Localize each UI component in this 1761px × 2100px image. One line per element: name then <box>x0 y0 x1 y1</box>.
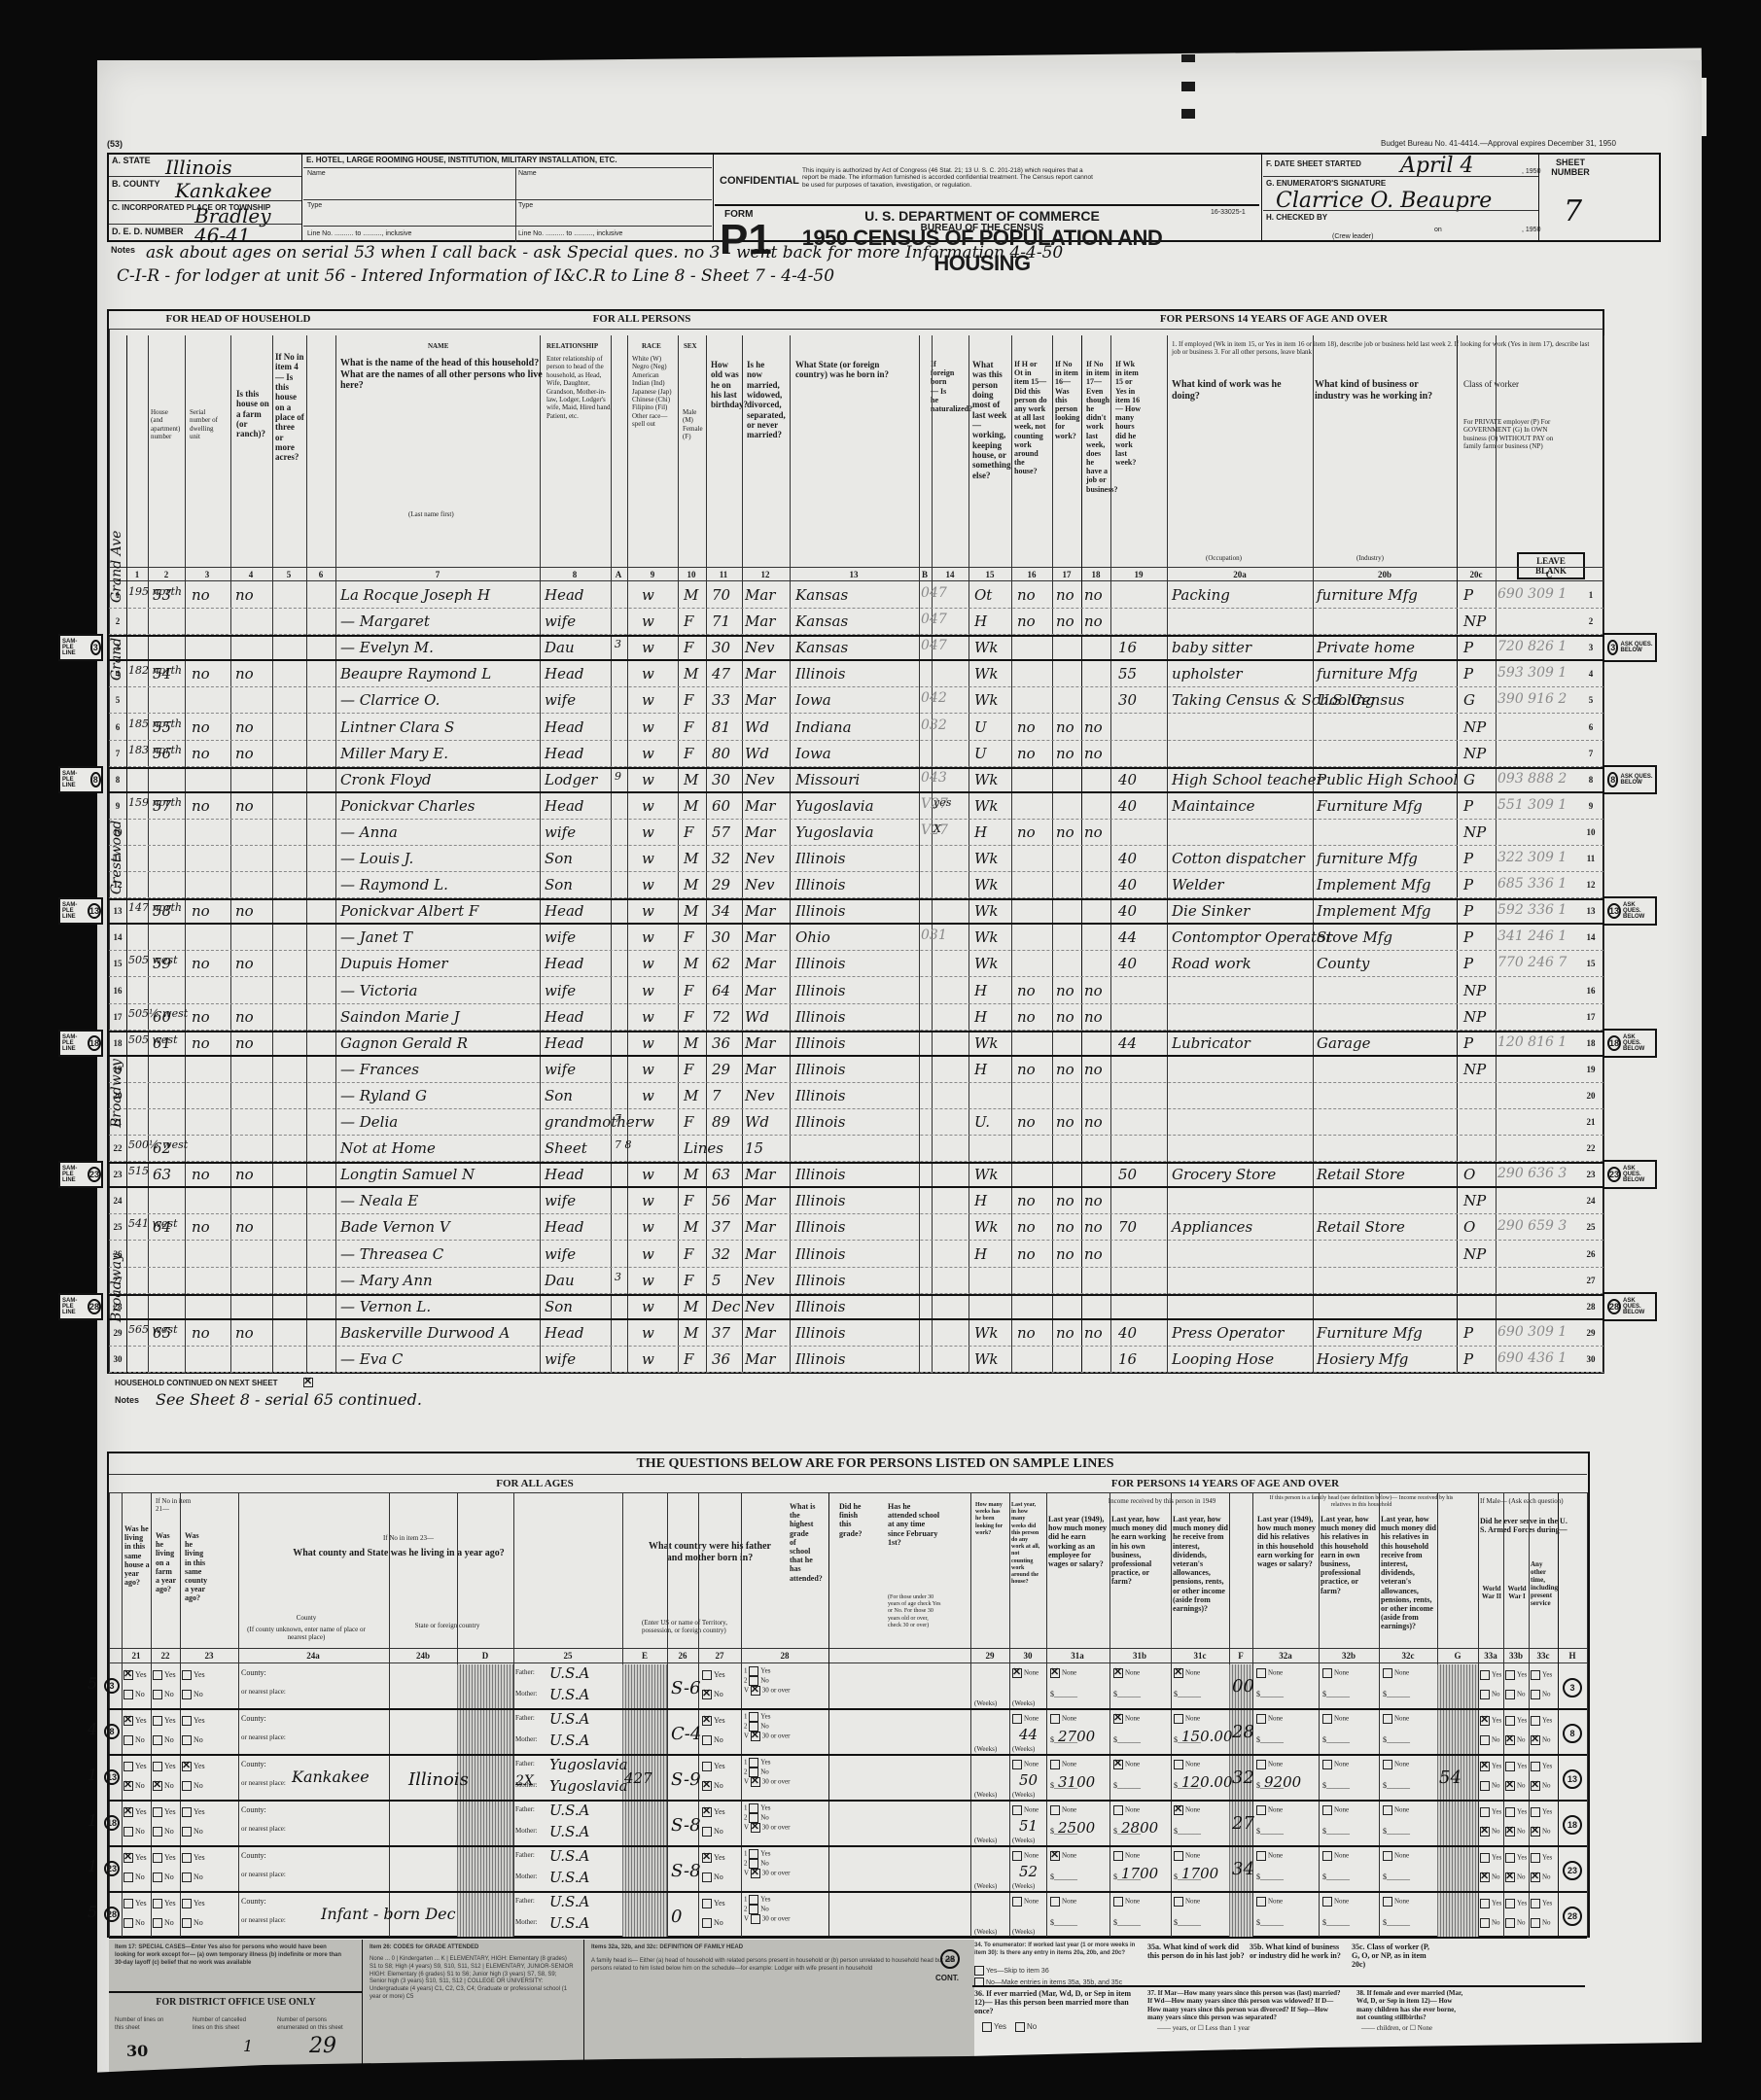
household-continued-checkbox[interactable] <box>303 1378 313 1387</box>
cell-name: Not at Home <box>340 1139 436 1157</box>
a31a-none[interactable]: None <box>1050 1805 1076 1815</box>
a32a-none[interactable]: None <box>1256 1714 1283 1724</box>
cell-born: Illinois <box>795 1192 846 1209</box>
line-number: 8 <box>110 775 125 785</box>
cell-name: Gagnon Gerald R <box>340 1034 468 1052</box>
q21-yes[interactable]: Yes <box>123 1762 147 1771</box>
other-no[interactable]: No <box>1531 1827 1551 1837</box>
a32a-none[interactable]: None <box>1256 1760 1283 1769</box>
q34-yes-checkbox[interactable] <box>974 1966 984 1976</box>
q21-yes[interactable]: Yes <box>123 1807 147 1817</box>
q30-none[interactable]: None <box>1012 1668 1039 1678</box>
cell-born: Illinois <box>795 982 846 999</box>
ask-questions-below-badge: 3ASK QUES. BELOW <box>1603 633 1657 662</box>
other-no[interactable]: No <box>1531 1918 1551 1928</box>
q28[interactable]: 1 Yes2 NoV 30 or over <box>744 1666 790 1696</box>
a31c-none[interactable]: None <box>1174 1668 1200 1678</box>
other-yes[interactable]: Yes <box>1531 1899 1552 1908</box>
q27-yes[interactable]: Yes <box>702 1762 725 1771</box>
nearest-place-label: or nearest place: <box>241 1733 286 1741</box>
cell-acres: no <box>235 902 254 920</box>
a32c-none[interactable]: None <box>1383 1668 1409 1678</box>
county-label: County: <box>241 1897 266 1906</box>
binder-mark <box>1181 54 1195 62</box>
cell-name: Cronk Floyd <box>340 771 432 788</box>
q27-no[interactable]: No <box>702 1872 723 1882</box>
cell-age: 29 <box>712 1061 730 1078</box>
column-number: D <box>468 1651 503 1661</box>
q36-no-checkbox[interactable] <box>1015 2022 1025 2032</box>
cell-sex: F <box>684 1008 693 1026</box>
weeks-label: (Weeks) <box>974 1745 997 1753</box>
cell-rel: Head <box>545 586 584 604</box>
cell-activity: Wk <box>974 928 999 946</box>
cell-ind: Furniture Mfg <box>1317 1324 1423 1342</box>
cell-code: 720 826 1 <box>1497 639 1567 654</box>
cell-cls: P <box>1463 665 1473 682</box>
cell-race: w <box>642 586 654 604</box>
cell-cls: NP <box>1463 612 1486 630</box>
cell-ind: Garage <box>1317 1034 1371 1052</box>
ww2-no[interactable]: No <box>1480 1827 1500 1837</box>
a31c-none[interactable]: None <box>1174 1714 1200 1724</box>
cell-rel: wife <box>545 982 576 999</box>
lines-count: 30 <box>126 2042 148 2060</box>
other-yes[interactable]: Yes <box>1531 1670 1552 1680</box>
q28[interactable]: 1 Yes2 NoV 30 or over <box>744 1895 790 1924</box>
cell-ind: furniture Mfg <box>1317 586 1418 604</box>
cell-sex: F <box>684 982 693 999</box>
cell-name: — Mary Ann <box>340 1272 433 1289</box>
cell-sex: F <box>684 1061 693 1078</box>
cell-acres: no <box>235 1166 254 1183</box>
cell-born: Illinois <box>795 1272 846 1289</box>
cell-cls: P <box>1463 586 1473 604</box>
cell-rel: grandmother <box>545 1113 642 1131</box>
ww2-yes[interactable]: Yes <box>1480 1807 1501 1817</box>
cell-sex: M <box>684 665 698 682</box>
budget-note: Budget Bureau No. 41-4414.—Approval expi… <box>1381 139 1616 148</box>
cell-hours: 40 <box>1118 902 1137 920</box>
a31b-none[interactable]: None <box>1113 1668 1140 1678</box>
q23-no[interactable]: No <box>182 1690 203 1699</box>
mother-country: U.S.A <box>549 1686 589 1703</box>
line-number: 18 <box>1583 1038 1599 1048</box>
a32b-none[interactable]: None <box>1322 1851 1349 1861</box>
a31b-none[interactable]: None <box>1113 1760 1140 1769</box>
q27-yes[interactable]: Yes <box>702 1853 725 1863</box>
a31b-none[interactable]: None <box>1113 1714 1140 1724</box>
ww2-yes[interactable]: Yes <box>1480 1853 1501 1863</box>
table-row <box>109 715 1603 741</box>
q30-none[interactable]: None <box>1012 1851 1039 1861</box>
a32b-none[interactable]: None <box>1322 1760 1349 1769</box>
q22-no[interactable]: No <box>153 1827 174 1837</box>
line-number: 7 <box>1583 749 1599 758</box>
line-number: 16 <box>110 986 125 996</box>
q27-no[interactable]: No <box>702 1781 723 1791</box>
cell-sex: F <box>684 1113 693 1131</box>
other-no[interactable]: No <box>1531 1872 1551 1882</box>
a31b-none[interactable]: None <box>1113 1851 1140 1861</box>
q28[interactable]: 1 Yes2 NoV 30 or over <box>744 1712 790 1741</box>
weeks-worked: 51 <box>1019 1817 1038 1835</box>
sample-line-badge: 3 <box>1563 1678 1582 1697</box>
column-number: 31a <box>1060 1651 1095 1661</box>
table-row <box>109 1031 1603 1057</box>
q22-yes[interactable]: Yes <box>153 1807 176 1817</box>
column-number: 32b <box>1331 1651 1366 1661</box>
q28[interactable]: 1 Yes2 NoV 30 or over <box>744 1803 790 1833</box>
cell-born: Illinois <box>795 1034 846 1052</box>
other-no[interactable]: No <box>1531 1735 1551 1745</box>
cell-name: — Ryland G <box>340 1087 427 1104</box>
ww2-no[interactable]: No <box>1480 1735 1500 1745</box>
q23-no[interactable]: No <box>182 1781 203 1791</box>
cell-rel: Head <box>545 745 584 762</box>
line-number: 25 <box>1583 1222 1599 1232</box>
cell-born: Iowa <box>795 691 831 709</box>
cell-born: Illinois <box>795 1087 846 1104</box>
cell-hours: 70 <box>1118 1218 1137 1236</box>
dollar-field: $______ <box>1050 1690 1077 1698</box>
q21-no[interactable]: No <box>123 1690 145 1699</box>
a32c-none[interactable]: None <box>1383 1897 1409 1907</box>
cell-work: no <box>1017 982 1036 999</box>
sample-line-badge: SAM-PLE LINE3 <box>58 634 103 661</box>
q23-no[interactable]: No <box>182 1872 203 1882</box>
cell-mar: Wd <box>745 718 769 736</box>
cell-age: 37 <box>712 1324 730 1342</box>
other-no[interactable]: No <box>1531 1781 1551 1791</box>
ww1-yes[interactable]: Yes <box>1505 1762 1527 1771</box>
q21-yes[interactable]: Yes <box>123 1899 147 1908</box>
a32b-none[interactable]: None <box>1322 1897 1349 1907</box>
line-number: 14 <box>110 932 125 942</box>
a32b-none[interactable]: None <box>1322 1714 1349 1724</box>
a31a-none[interactable]: None <box>1050 1714 1076 1724</box>
cell-rel: Head <box>545 797 584 815</box>
sample-row <box>109 1802 1587 1847</box>
line-number: 4 <box>1583 669 1599 679</box>
ww2-no[interactable]: No <box>1480 1781 1500 1791</box>
q22-no[interactable]: No <box>153 1690 174 1699</box>
sample-section-title: THE QUESTIONS BELOW ARE FOR PERSONS LIST… <box>389 1456 1361 1472</box>
cell-ind: Private home <box>1317 639 1415 656</box>
cell-name: Saindon Marie J <box>340 1008 460 1026</box>
cell-nat: X <box>933 823 941 835</box>
q28[interactable]: 1 Yes2 NoV 30 or over <box>744 1758 790 1787</box>
cell-born: Iowa <box>795 745 831 762</box>
dollar-field: $______ <box>1174 1690 1201 1698</box>
cell-mar: Mar <box>745 982 775 999</box>
column-number: 18 <box>1081 570 1110 579</box>
a31a-none[interactable]: None <box>1050 1851 1076 1861</box>
cell-born: Kansas <box>795 612 848 630</box>
q23-yes[interactable]: Yes <box>182 1899 205 1908</box>
cell-code: 770 246 7 <box>1497 955 1567 970</box>
q27-yes[interactable]: Yes <box>702 1899 725 1908</box>
cell-mar: Nev <box>745 1272 774 1289</box>
father-country: U.S.A <box>549 1893 589 1910</box>
a31c-none[interactable]: None <box>1174 1851 1200 1861</box>
q30-none[interactable]: None <box>1012 1714 1039 1724</box>
ww1-no[interactable]: No <box>1505 1872 1526 1882</box>
cell-activity: Wk <box>974 1324 999 1342</box>
leave-blank-e: 427 <box>624 1769 652 1787</box>
q27-no[interactable]: No <box>702 1690 723 1699</box>
cell-activity: H <box>974 1061 987 1078</box>
a32a-none[interactable]: None <box>1256 1668 1283 1678</box>
q21-yes[interactable]: Yes <box>123 1670 147 1680</box>
mother-country: U.S.A <box>549 1823 589 1840</box>
column-number: 24b <box>405 1651 440 1661</box>
ww2-yes[interactable]: Yes <box>1480 1762 1501 1771</box>
column-number: 31b <box>1122 1651 1157 1661</box>
ww2-yes[interactable]: Yes <box>1480 1899 1501 1908</box>
cell-age: 70 <box>712 586 730 604</box>
county-label: County: <box>241 1805 266 1814</box>
ww1-yes[interactable]: Yes <box>1505 1899 1527 1908</box>
q27-no[interactable]: No <box>702 1827 723 1837</box>
dollar-field: $______ <box>1174 1918 1201 1927</box>
cell-born: Illinois <box>795 1245 846 1263</box>
sample-line-badge: SAM-PLE LINE18 <box>58 1030 103 1057</box>
a31c-none[interactable]: None <box>1174 1897 1200 1907</box>
a32a-none[interactable]: None <box>1256 1897 1283 1907</box>
ww1-no[interactable]: No <box>1505 1918 1526 1928</box>
cell-mar: Mar <box>745 1245 775 1263</box>
nearest-place-label: or nearest place: <box>241 1688 286 1696</box>
weeks-worked: 52 <box>1019 1863 1038 1880</box>
cell-born: Indiana <box>795 718 852 736</box>
column-number: G <box>1440 1651 1475 1661</box>
cell-born: Kansas <box>795 639 848 656</box>
q21-no[interactable]: No <box>123 1918 145 1928</box>
cell-serial: 61 <box>153 1034 171 1052</box>
q23-yes[interactable]: Yes <box>182 1670 205 1680</box>
a32b-none[interactable]: None <box>1322 1805 1349 1815</box>
cell-born: Illinois <box>795 1113 846 1131</box>
q36-yes-checkbox[interactable] <box>982 2022 992 2032</box>
line-number: 6 <box>110 722 125 732</box>
cell-activity: Wk <box>974 902 999 920</box>
sample-line-badge: 28 <box>1563 1907 1582 1926</box>
other-yes[interactable]: Yes <box>1531 1807 1552 1817</box>
other-yes[interactable]: Yes <box>1531 1853 1552 1863</box>
q21-yes[interactable]: Yes <box>123 1716 147 1726</box>
county-label: County: <box>241 1851 266 1860</box>
weeks-label: (Weeks) <box>1012 1745 1035 1753</box>
q23-yes[interactable]: Yes <box>182 1807 205 1817</box>
q22-yes[interactable]: Yes <box>153 1716 176 1726</box>
cell-name: Bade Vernon V <box>340 1218 450 1236</box>
cell-age: 63 <box>712 1166 730 1183</box>
a31b-none[interactable]: None <box>1113 1897 1140 1907</box>
cell-mar: Nev <box>745 771 774 788</box>
ww1-no[interactable]: No <box>1505 1827 1526 1837</box>
cell-cls: P <box>1463 797 1473 815</box>
a32c-none[interactable]: None <box>1383 1805 1409 1815</box>
q23-yes[interactable]: Yes <box>182 1716 205 1726</box>
column-number: 26 <box>665 1651 700 1661</box>
cell-born: Illinois <box>795 1061 846 1078</box>
q23-no[interactable]: No <box>182 1918 203 1928</box>
q23-no[interactable]: No <box>182 1735 203 1745</box>
cell-serial: 58 <box>153 902 171 920</box>
cell-job: no <box>1084 586 1103 604</box>
cell-cls: P <box>1463 850 1473 867</box>
q22-yes[interactable]: Yes <box>153 1670 176 1680</box>
q27-yes[interactable]: Yes <box>702 1807 725 1817</box>
cell-mar: Nev <box>745 850 774 867</box>
cell-hours: 40 <box>1118 955 1137 972</box>
line-number: 5 <box>1583 695 1599 705</box>
cell-rel: Head <box>545 1324 584 1342</box>
cell-occ: upholster <box>1172 665 1243 682</box>
weeks-label: (Weeks) <box>974 1791 997 1799</box>
a32c-none[interactable]: None <box>1383 1851 1409 1861</box>
a31a-value: 2500 <box>1058 1819 1095 1837</box>
line-no-field: Line No. .......... to .........., inclu… <box>307 230 411 238</box>
q22-yes[interactable]: Yes <box>153 1853 176 1863</box>
dept-title: U. S. DEPARTMENT OF COMMERCE <box>807 208 1157 224</box>
a32a-none[interactable]: None <box>1256 1851 1283 1861</box>
q23-yes[interactable]: Yes <box>182 1853 205 1863</box>
father-label: Father: <box>515 1668 535 1676</box>
line-number: 21 <box>1583 1117 1599 1127</box>
cell-cls: P <box>1463 902 1473 920</box>
cell-name: La Rocque Joseph H <box>340 586 490 604</box>
q21-yes[interactable]: Yes <box>123 1853 147 1863</box>
mother-label: Mother: <box>515 1827 538 1835</box>
cell-mar: Mar <box>745 928 775 946</box>
q30-none[interactable]: None <box>1012 1760 1039 1769</box>
line-number: 22 <box>1583 1143 1599 1153</box>
line-number: 10 <box>1583 827 1599 837</box>
other-yes[interactable]: Yes <box>1531 1762 1552 1771</box>
cell-job: no <box>1084 1008 1103 1026</box>
q27-yes[interactable]: Yes <box>702 1670 725 1680</box>
column-number: 32c <box>1391 1651 1426 1661</box>
q30-none[interactable]: None <box>1012 1805 1039 1815</box>
state-value: Illinois <box>408 1769 469 1790</box>
ww1-no[interactable]: No <box>1505 1735 1526 1745</box>
cell-age: 72 <box>712 1008 730 1026</box>
cell-rel: Head <box>545 902 584 920</box>
q27-yes[interactable]: Yes <box>702 1716 725 1726</box>
dollar-field: $______ <box>1256 1918 1284 1927</box>
other-no[interactable]: No <box>1531 1690 1551 1699</box>
cell-name: Miller Mary E. <box>340 745 448 762</box>
a31b-none[interactable]: None <box>1113 1805 1140 1815</box>
q21-no[interactable]: No <box>123 1872 145 1882</box>
q22-no[interactable]: No <box>153 1735 174 1745</box>
q21-no[interactable]: No <box>123 1827 145 1837</box>
dollar-field: $______ <box>1113 1690 1141 1698</box>
ww1-yes[interactable]: Yes <box>1505 1716 1527 1726</box>
q22-yes[interactable]: Yes <box>153 1762 176 1771</box>
table-row <box>109 1083 1603 1109</box>
q22-no[interactable]: No <box>153 1918 174 1928</box>
a32a-none[interactable]: None <box>1256 1805 1283 1815</box>
cell-activity: Wk <box>974 665 999 682</box>
ww2-no[interactable]: No <box>1480 1918 1500 1928</box>
ww1-no[interactable]: No <box>1505 1690 1526 1699</box>
cell-name: Ponickvar Charles <box>340 797 475 815</box>
q28[interactable]: 1 Yes2 NoV 30 or over <box>744 1849 790 1878</box>
ww2-no[interactable]: No <box>1480 1872 1500 1882</box>
cell-age: 80 <box>712 745 730 762</box>
dollar-field: $______ <box>1322 1872 1350 1881</box>
q27-no[interactable]: No <box>702 1735 723 1745</box>
ww1-no[interactable]: No <box>1505 1781 1526 1791</box>
line-number: 12 <box>1583 880 1599 890</box>
ask-questions-below-badge: 28ASK QUES. BELOW <box>1603 1292 1657 1321</box>
a31c-none[interactable]: None <box>1174 1760 1200 1769</box>
q30-none[interactable]: None <box>1012 1897 1039 1907</box>
ww2-yes[interactable]: Yes <box>1480 1716 1501 1726</box>
a31a-none[interactable]: None <box>1050 1897 1076 1907</box>
cell-born: Illinois <box>795 1008 846 1026</box>
a31c-none[interactable]: None <box>1174 1805 1200 1815</box>
cell-age: 32 <box>712 850 730 867</box>
a32c-none[interactable]: None <box>1383 1760 1409 1769</box>
q22-no[interactable]: No <box>153 1872 174 1882</box>
margin-mark: 4 <box>88 1720 97 1738</box>
a31a-none[interactable]: None <box>1050 1668 1076 1678</box>
q21-no[interactable]: No <box>123 1781 145 1791</box>
q23-no[interactable]: No <box>182 1827 203 1837</box>
cell-hours: 40 <box>1118 771 1137 788</box>
line-number: 17 <box>110 1012 125 1022</box>
weeks-label: (Weeks) <box>1012 1699 1035 1707</box>
cell-hours: 30 <box>1118 691 1137 709</box>
cell-looking: no <box>1056 1324 1074 1342</box>
column-number: 17 <box>1052 570 1081 579</box>
a31a-none[interactable]: None <box>1050 1760 1076 1769</box>
ww2-no[interactable]: No <box>1480 1690 1500 1699</box>
q22-yes[interactable]: Yes <box>153 1899 176 1908</box>
cell-rel: Head <box>545 665 584 682</box>
cell-race: w <box>642 1324 654 1342</box>
weeks-label: (Weeks) <box>974 1699 997 1707</box>
ww1-yes[interactable]: Yes <box>1505 1670 1527 1680</box>
q22-no[interactable]: No <box>153 1781 174 1791</box>
q23-yes[interactable]: Yes <box>182 1762 205 1771</box>
cell-mar: Mar <box>745 1166 775 1183</box>
cell-a: 9 <box>615 771 621 783</box>
cell-activity: U <box>974 718 987 736</box>
cell-sex: F <box>684 1350 693 1368</box>
cell-name: Lintner Clara S <box>340 718 454 736</box>
cell-name: — Louis J. <box>340 850 413 867</box>
cell-serial: 64 <box>153 1218 171 1236</box>
other-yes[interactable]: Yes <box>1531 1716 1552 1726</box>
table-row <box>109 978 1603 1004</box>
cell-name: — Neala E <box>340 1192 418 1209</box>
ww1-yes[interactable]: Yes <box>1505 1807 1527 1817</box>
q21-no[interactable]: No <box>123 1735 145 1745</box>
ww1-yes[interactable]: Yes <box>1505 1853 1527 1863</box>
a32c-none[interactable]: None <box>1383 1714 1409 1724</box>
ww2-yes[interactable]: Yes <box>1480 1670 1501 1680</box>
a32b-none[interactable]: None <box>1322 1668 1349 1678</box>
column-number: 6 <box>306 570 335 579</box>
q27-no[interactable]: No <box>702 1918 723 1928</box>
cell-race: w <box>642 691 654 709</box>
cell-acres: no <box>235 665 254 682</box>
